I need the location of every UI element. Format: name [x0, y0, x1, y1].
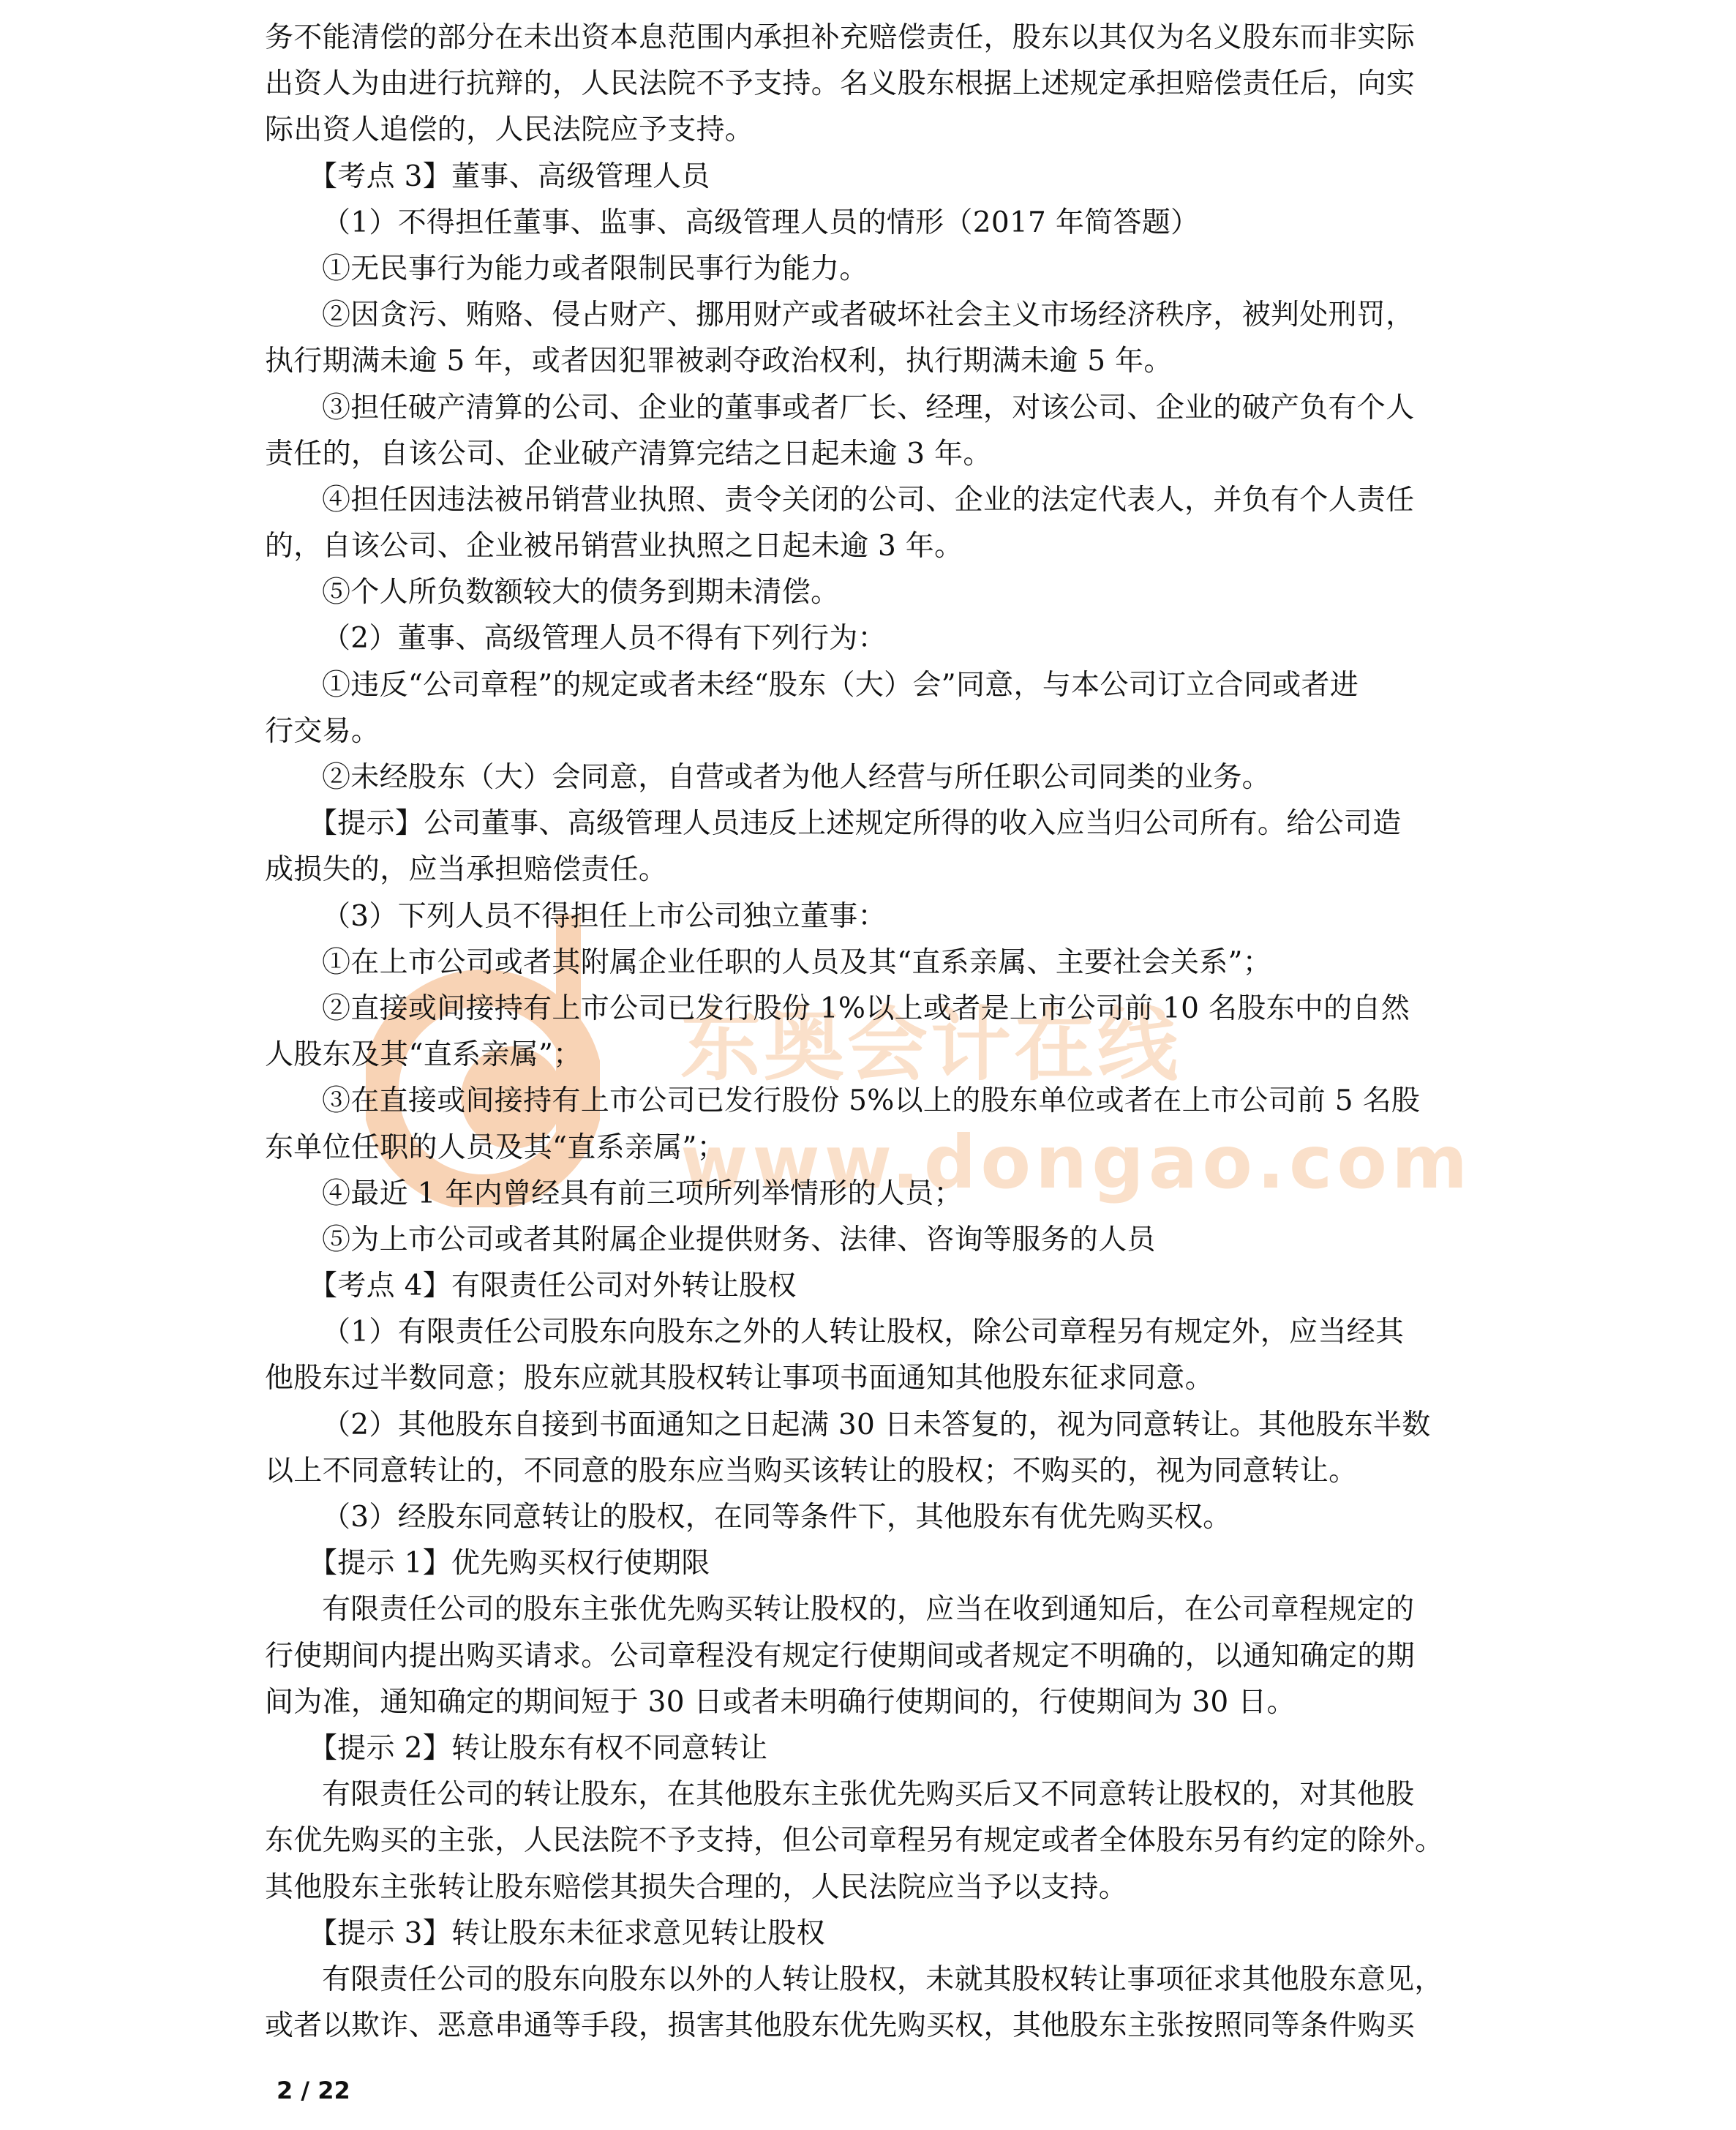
text-line: 以上不同意转让的，不同意的股东应当购买该转让的股权；不购买的，视为同意转让。 [265, 1448, 1479, 1494]
text-line: （1）有限责任公司股东向股东之外的人转让股权，除公司章程另有规定外，应当经其 [265, 1309, 1479, 1355]
text-line: 责任的，自该公司、企业破产清算完结之日起未逾 3 年。 [265, 431, 1479, 477]
text-line: ③在直接或间接持有上市公司已发行股份 5%以上的股东单位或者在上市公司前 5 名… [265, 1078, 1479, 1124]
text-line: 东单位任职的人员及其“直系亲属”； [265, 1125, 1479, 1171]
text-line: 【考点 3】董事、高级管理人员 [265, 154, 1479, 200]
text-line: （3）下列人员不得担任上市公司独立董事： [265, 893, 1479, 940]
text-line: 【提示】公司董事、高级管理人员违反上述规定所得的收入应当归公司所有。给公司造 [265, 800, 1479, 847]
text-line: 执行期满未逾 5 年，或者因犯罪被剥夺政治权利，执行期满未逾 5 年。 [265, 338, 1479, 384]
text-line: 【提示 3】转让股东未征求意见转让股权 [265, 1910, 1479, 1957]
text-line: 间为准，通知确定的期间短于 30 日或者未明确行使期间的，行使期间为 30 日。 [265, 1679, 1479, 1725]
text-line: ⑤为上市公司或者其附属企业提供财务、法律、咨询等服务的人员 [265, 1217, 1479, 1263]
text-line: 【提示 1】优先购买权行使期限 [265, 1540, 1479, 1586]
text-line: ④最近 1 年内曾经具有前三项所列举情形的人员； [265, 1171, 1479, 1217]
text-line: 他股东过半数同意；股东应就其股权转让事项书面通知其他股东征求同意。 [265, 1355, 1479, 1401]
text-line: ②未经股东（大）会同意，自营或者为他人经营与所任职公司同类的业务。 [265, 754, 1479, 800]
text-line: ①在上市公司或者其附属企业任职的人员及其“直系亲属、主要社会关系”； [265, 940, 1479, 986]
text-line: ⑤个人所负数额较大的债务到期未清偿。 [265, 569, 1479, 615]
text-line: 【提示 2】转让股东有权不同意转让 [265, 1725, 1479, 1771]
text-line: 成损失的，应当承担赔偿责任。 [265, 847, 1479, 893]
text-line: ②直接或间接持有上市公司已发行股份 1%以上或者是上市公司前 10 名股东中的自… [265, 986, 1479, 1032]
text-line: （1）不得担任董事、监事、高级管理人员的情形（2017 年简答题） [265, 200, 1479, 246]
text-line: 其他股东主张转让股东赔偿其损失合理的，人民法院应当予以支持。 [265, 1864, 1479, 1910]
text-line: 务不能清偿的部分在未出资本息范围内承担补充赔偿责任，股东以其仅为名义股东而非实际 [265, 15, 1479, 61]
text-line: 际出资人追偿的，人民法院应予支持。 [265, 107, 1479, 153]
text-line: （3）经股东同意转让的股权，在同等条件下，其他股东有优先购买权。 [265, 1494, 1479, 1540]
text-line: ①违反“公司章程”的规定或者未经“股东（大）会”同意，与本公司订立合同或者进 [265, 662, 1479, 708]
document-page: 务不能清偿的部分在未出资本息范围内承担补充赔偿责任，股东以其仅为名义股东而非实际… [265, 15, 1479, 2049]
text-line: 有限责任公司的股东向股东以外的人转让股权，未就其股权转让事项征求其他股东意见， [265, 1957, 1479, 2003]
text-line: 有限责任公司的股东主张优先购买转让股权的，应当在收到通知后，在公司章程规定的 [265, 1586, 1479, 1632]
page-indicator: 2 / 22 [277, 2077, 350, 2104]
text-line: ①无民事行为能力或者限制民事行为能力。 [265, 246, 1479, 292]
text-line: ③担任破产清算的公司、企业的董事或者厂长、经理，对该公司、企业的破产负有个人 [265, 385, 1479, 431]
text-line: 人股东及其“直系亲属”； [265, 1032, 1479, 1078]
text-line: （2）董事、高级管理人员不得有下列行为： [265, 615, 1479, 661]
text-line: 【考点 4】有限责任公司对外转让股权 [265, 1263, 1479, 1309]
text-line: （2）其他股东自接到书面通知之日起满 30 日未答复的，视为同意转让。其他股东半… [265, 1402, 1479, 1448]
text-line: 有限责任公司的转让股东，在其他股东主张优先购买后又不同意转让股权的，对其他股 [265, 1771, 1479, 1818]
text-line: 的，自该公司、企业被吊销营业执照之日起未逾 3 年。 [265, 523, 1479, 569]
text-line: 行交易。 [265, 708, 1479, 754]
text-line: 出资人为由进行抗辩的，人民法院不予支持。名义股东根据上述规定承担赔偿责任后，向实 [265, 61, 1479, 107]
text-line: 行使期间内提出购买请求。公司章程没有规定行使期间或者规定不明确的，以通知确定的期 [265, 1633, 1479, 1679]
text-line: 东优先购买的主张，人民法院不予支持，但公司章程另有规定或者全体股东另有约定的除外… [265, 1818, 1479, 1864]
text-line: ②因贪污、贿赂、侵占财产、挪用财产或者破坏社会主义市场经济秩序，被判处刑罚， [265, 292, 1479, 338]
text-line: ④担任因违法被吊销营业执照、责令关闭的公司、企业的法定代表人，并负有个人责任 [265, 477, 1479, 523]
text-line: 或者以欺诈、恶意串通等手段，损害其他股东优先购买权，其他股东主张按照同等条件购买 [265, 2003, 1479, 2049]
